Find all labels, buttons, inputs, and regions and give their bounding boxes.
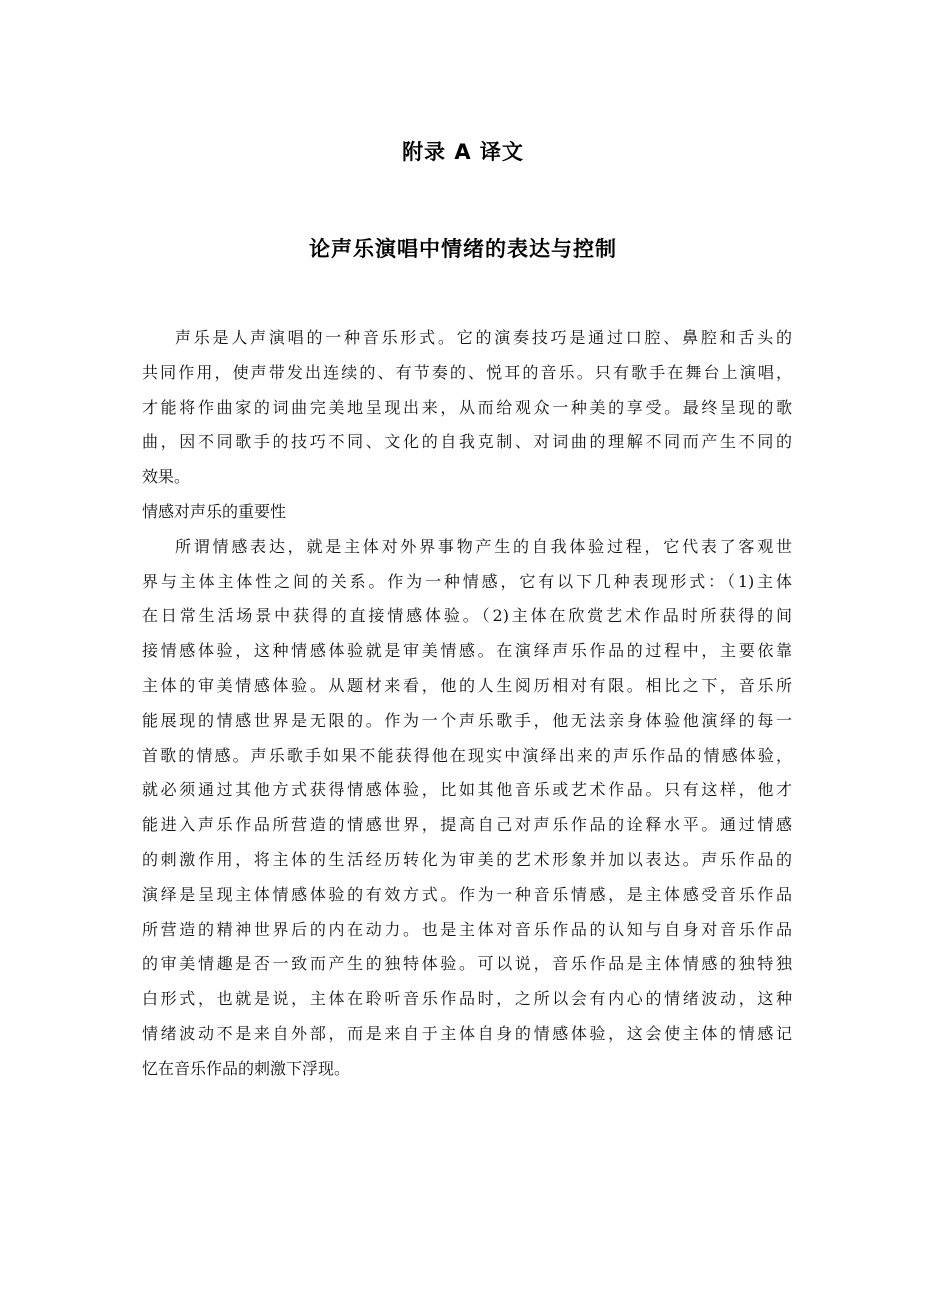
text-line: 情绪波动不是来自外部，而是来自于主体自身的情感体验，这会使主体的情感记: [142, 1017, 792, 1052]
text-line: 的审美情趣是否一致而产生的独特体验。可以说，音乐作品是主体情感的独特独: [142, 947, 792, 982]
paragraph-emotion: 所谓情感表达，就是主体对外界事物产生的自我体验过程，它代表了客观世 界与主体主体…: [142, 530, 792, 1087]
text-line: 能展现的情感世界是无限的。作为一个声乐歌手，他无法亲身体验他演绎的每一: [142, 704, 792, 739]
text-line: 演绎是呈现主体情感体验的有效方式。作为一种音乐情感，是主体感受音乐作品: [142, 878, 792, 913]
text-line: 首歌的情感。声乐歌手如果不能获得他在现实中演绎出来的声乐作品的情感体验，: [142, 739, 792, 774]
article-title: 论声乐演唱中情绪的表达与控制: [0, 233, 926, 263]
text-line: 曲，因不同歌手的技巧不同、文化的自我克制、对词曲的理解不同而产生不同的: [142, 425, 792, 460]
text-line: 声乐是人声演唱的一种音乐形式。它的演奏技巧是通过口腔、鼻腔和舌头的: [142, 321, 792, 356]
text-line: 在日常生活场景中获得的直接情感体验。（2)主体在欣赏艺术作品时所获得的间: [142, 599, 792, 634]
text-line: 所谓情感表达，就是主体对外界事物产生的自我体验过程，它代表了客观世: [142, 530, 792, 565]
text-line: 接情感体验，这种情感体验就是审美情感。在演绎声乐作品的过程中，主要依靠: [142, 634, 792, 669]
text-line: 界与主体主体性之间的关系。作为一种情感，它有以下几种表现形式：（1)主体: [142, 565, 792, 600]
text-line: 共同作用，使声带发出连续的、有节奏的、悦耳的音乐。只有歌手在舞台上演唱，: [142, 356, 792, 391]
text-line: 效果。: [142, 460, 792, 495]
section-heading: 情感对声乐的重要性: [142, 495, 792, 530]
document-page: 附录 A 译文 论声乐演唱中情绪的表达与控制 声乐是人声演唱的一种音乐形式。它的…: [0, 0, 926, 1309]
text-line: 才能将作曲家的词曲完美地呈现出来，从而给观众一种美的享受。最终呈现的歌: [142, 391, 792, 426]
text-line: 能进入声乐作品所营造的情感世界，提高自己对声乐作品的诠释水平。通过情感: [142, 808, 792, 843]
text-line: 就必须通过其他方式获得情感体验，比如其他音乐或艺术作品。只有这样，他才: [142, 773, 792, 808]
appendix-title: 附录 A 译文: [0, 136, 926, 166]
text-line: 的刺激作用，将主体的生活经历转化为审美的艺术形象并加以表达。声乐作品的: [142, 843, 792, 878]
text-line: 忆在音乐作品的刺激下浮现。: [142, 1052, 792, 1087]
text-line: 主体的审美情感体验。从题材来看，他的人生阅历相对有限。相比之下，音乐所: [142, 669, 792, 704]
text-line: 白形式，也就是说，主体在聆听音乐作品时，之所以会有内心的情绪波动，这种: [142, 982, 792, 1017]
document-body: 声乐是人声演唱的一种音乐形式。它的演奏技巧是通过口腔、鼻腔和舌头的 共同作用，使…: [142, 321, 792, 1087]
paragraph-intro: 声乐是人声演唱的一种音乐形式。它的演奏技巧是通过口腔、鼻腔和舌头的 共同作用，使…: [142, 321, 792, 495]
text-line: 所营造的精神世界后的内在动力。也是主体对音乐作品的认知与自身对音乐作品: [142, 913, 792, 948]
